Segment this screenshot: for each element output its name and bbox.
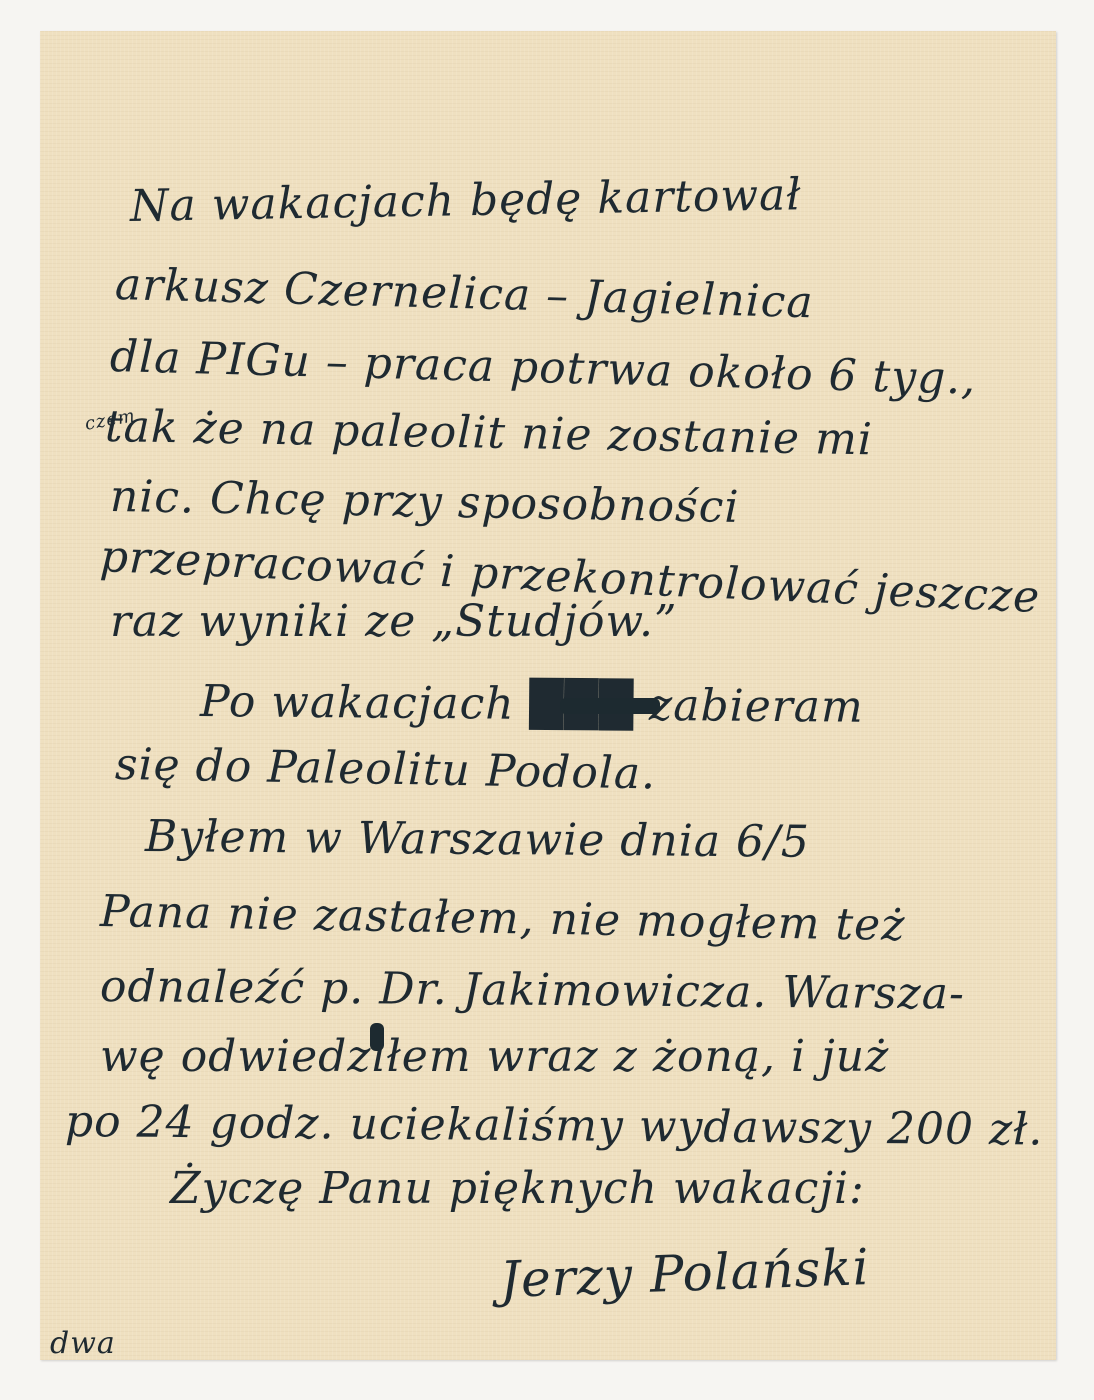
ink-blot — [370, 1023, 384, 1051]
letter-line-1: Na wakacjach będę kartował — [130, 169, 802, 232]
letter-line-8: Po wakacjach ███ zabieram — [200, 676, 864, 733]
letter-line-9: się do Paleolitu Podola. — [115, 739, 657, 799]
letter-line-11: Pana nie zastałem, nie mogłem też — [100, 886, 906, 951]
footer-note: dwa — [50, 1326, 116, 1361]
letter-paper: Na wakacjach będę kartował arkusz Czerne… — [40, 31, 1056, 1360]
letter-line-3: dla PIGu – praca potrwa około 6 tyg., — [109, 331, 977, 405]
letter-line-12: odnaleźć p. Dr. Jakimowicza. Warsza- — [100, 961, 965, 1020]
letter-line-7: raz wyniki ze „Studjów.” — [110, 596, 677, 647]
letter-line-13: wę odwiedziłem wraz z żoną, i już — [100, 1031, 889, 1082]
letter-line-2: arkusz Czernelica – Jagielnica — [114, 259, 814, 328]
letter-line-15: Życzę Panu pięknych wakacji: — [170, 1163, 865, 1214]
ink-blot-redaction — [560, 698, 660, 714]
letter-line-14: po 24 godz. uciekaliśmy wydawszy 200 zł. — [65, 1096, 1044, 1156]
letter-line-10: Byłem w Warszawie dnia 6/5 — [145, 811, 810, 868]
letter-line-5: nic. Chcę przy sposobności — [110, 471, 740, 533]
signature: Jerzy Polański — [499, 1238, 871, 1309]
letter-line-4: tak że na paleolit nie zostanie mi — [105, 401, 874, 465]
